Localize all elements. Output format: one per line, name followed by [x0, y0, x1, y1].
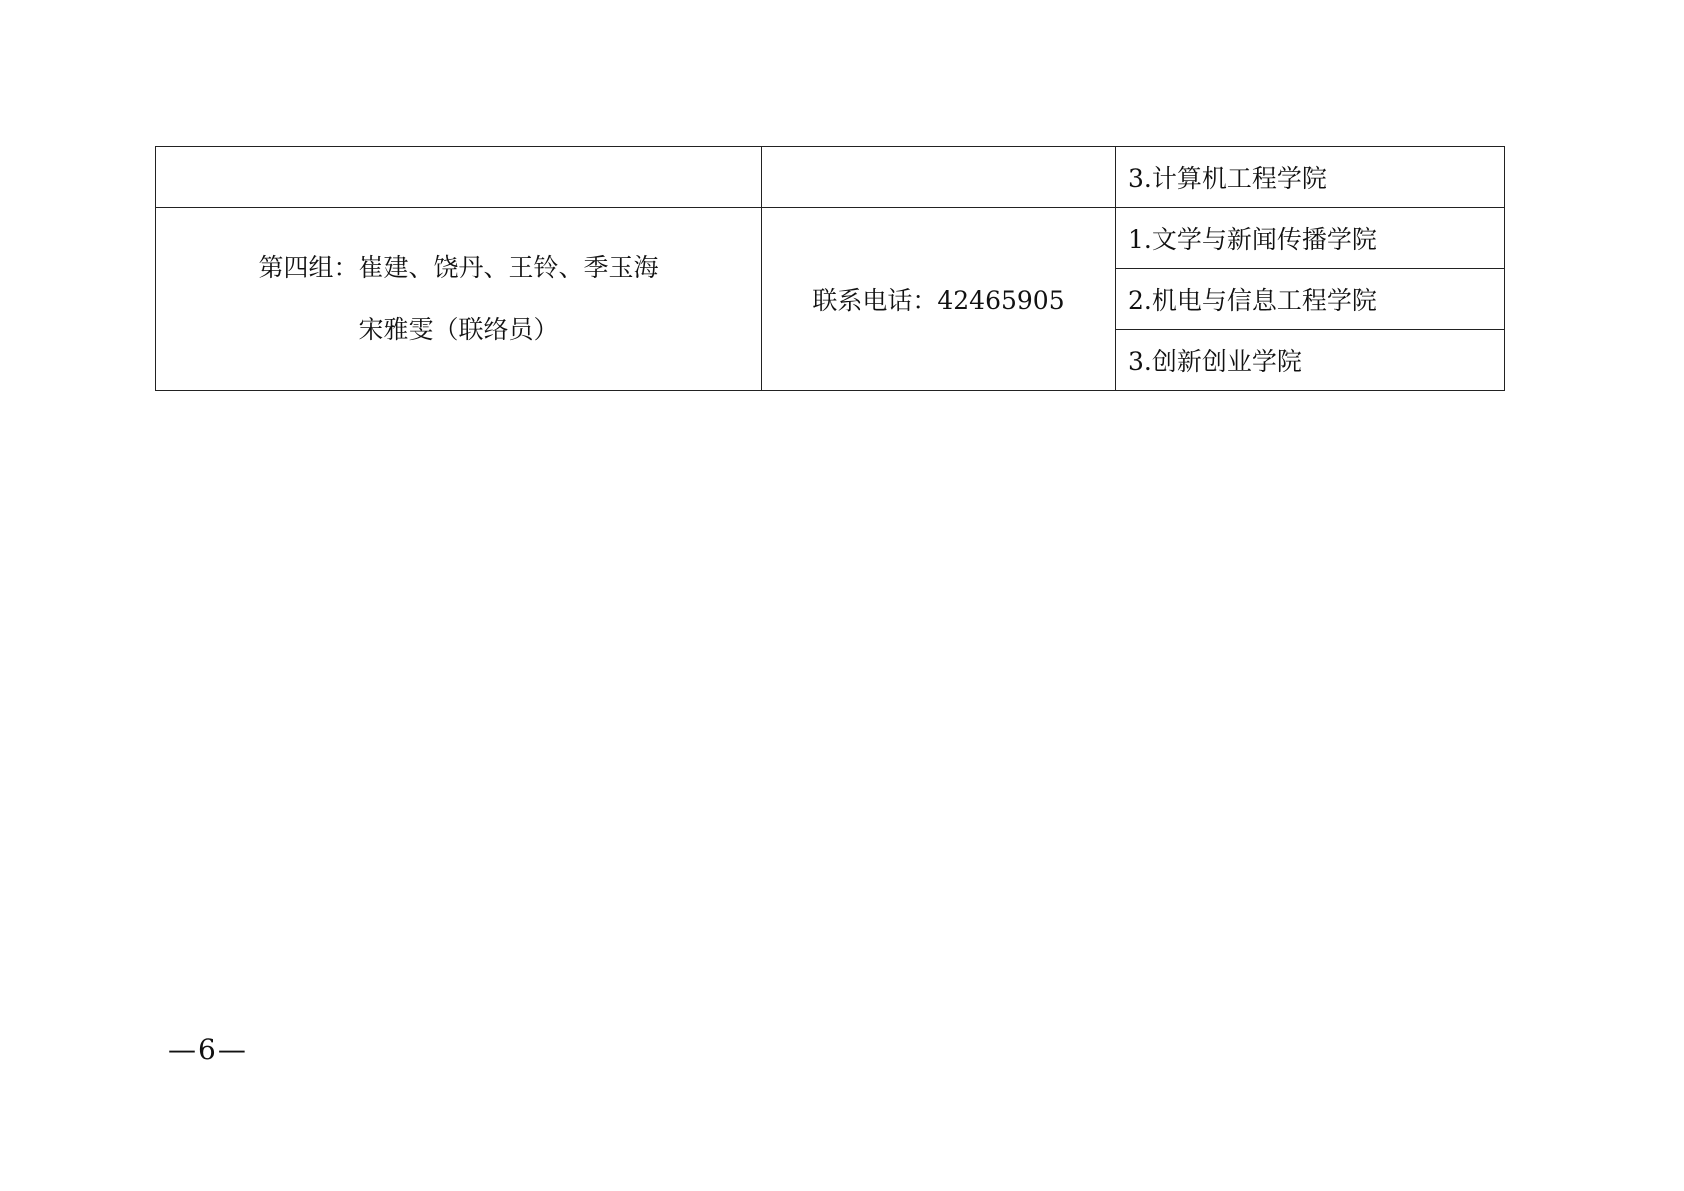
- contact-phone-cell: 联系电话：42465905: [762, 208, 1116, 391]
- group-members-line2: 宋雅雯（联络员）: [156, 299, 761, 361]
- group-cell-empty: [156, 147, 762, 208]
- college-cell: 3.计算机工程学院: [1116, 147, 1505, 208]
- assignment-table: 3.计算机工程学院 第四组：崔建、饶丹、王铃、季玉海 宋雅雯（联络员） 联系电话…: [155, 146, 1505, 391]
- college-cell: 3.创新创业学院: [1116, 330, 1505, 391]
- group-members-line1: 第四组：崔建、饶丹、王铃、季玉海: [156, 237, 761, 299]
- table-row: 3.计算机工程学院: [156, 147, 1505, 208]
- college-cell: 2.机电与信息工程学院: [1116, 269, 1505, 330]
- page-number: —6—: [168, 1033, 248, 1066]
- group-members-cell: 第四组：崔建、饶丹、王铃、季玉海 宋雅雯（联络员）: [156, 208, 762, 391]
- table-row: 第四组：崔建、饶丹、王铃、季玉海 宋雅雯（联络员） 联系电话：42465905 …: [156, 208, 1505, 269]
- college-cell: 1.文学与新闻传播学院: [1116, 208, 1505, 269]
- contact-cell-empty: [762, 147, 1116, 208]
